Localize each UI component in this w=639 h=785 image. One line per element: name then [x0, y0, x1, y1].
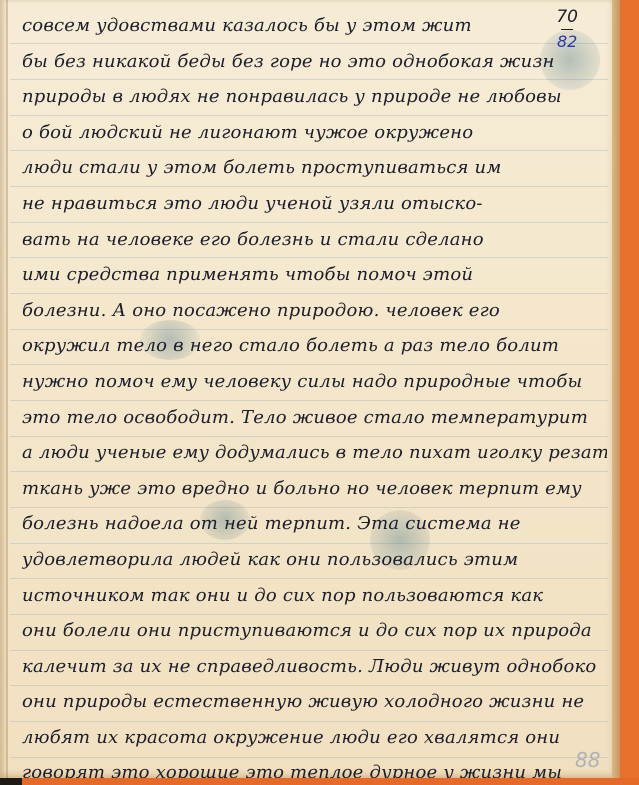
text-line: а люди ученые ему додумались в тело пиха… [22, 435, 607, 471]
text-line: люди стали у этом болеть проступиваться … [22, 150, 607, 186]
text-line: бы без никакой беды без горе но это одно… [22, 44, 607, 80]
text-line: совсем удовствами казалось бы у этом жит [22, 8, 607, 44]
text-line: источником так они и до сих пор пользова… [22, 578, 607, 614]
text-line: любят их красота окружение люди его хвал… [22, 720, 607, 756]
text-line: они природы естественную живую холодного… [22, 684, 607, 720]
text-line: нужно помоч ему человеку силы надо приро… [22, 364, 607, 400]
text-line: калечит за их не справедливость. Люди жи… [22, 649, 607, 685]
text-line: они болели они приступиваются и до сих п… [22, 613, 607, 649]
text-line: это тело освободит. Тело живое стало тем… [22, 400, 607, 436]
handwritten-text: совсем удовствами казалось бы у этом жит… [22, 8, 607, 785]
text-line: не нравиться это люди ученой узяли отыск… [22, 186, 607, 222]
text-line: окружил тело в него стало болеть а раз т… [22, 328, 607, 364]
text-line: болезни. А оно посажено природою. челове… [22, 293, 607, 329]
faded-corner-number: 88 [575, 748, 600, 772]
text-line: вать на человеке его болезнь и стали сде… [22, 222, 607, 258]
notebook-page: 70 82 совсем удовствами казалось бы у эт… [0, 0, 615, 778]
text-line: ими средства применять чтобы помоч этой [22, 257, 607, 293]
left-margin-line [6, 0, 8, 778]
text-line: природы в людях не понравилась у природе… [22, 79, 607, 115]
text-line: болезнь надоела от ней терпит. Эта систе… [22, 506, 607, 542]
cover-corner [0, 778, 22, 785]
text-line: удовлетворила людей как они пользовались… [22, 542, 607, 578]
text-line: о бой людский не лигонают чужое окружено [22, 115, 607, 151]
cover-edge [0, 778, 639, 785]
text-line: ткань уже это вредно и больно но человек… [22, 471, 607, 507]
page-edge [612, 0, 620, 780]
